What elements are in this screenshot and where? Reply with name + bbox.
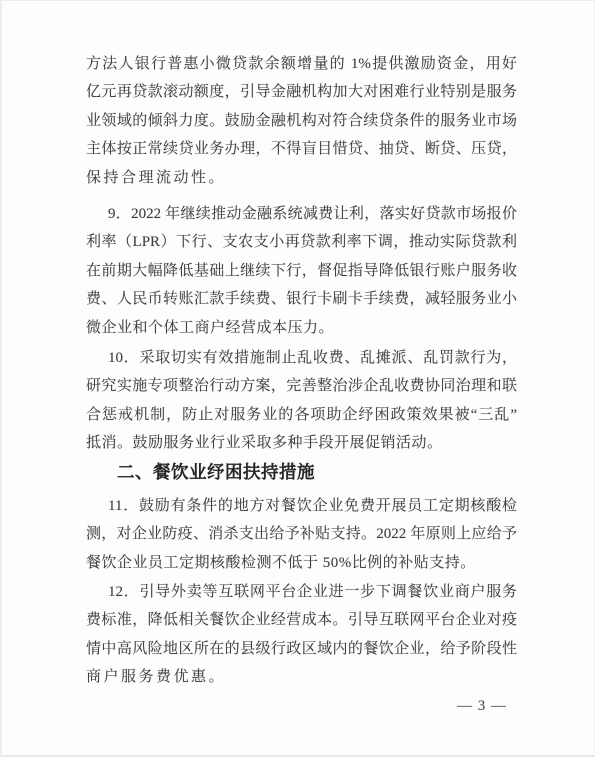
paragraph-continuation: 方法人银行普惠小微贷款余额增量的 1%提供激励资金，用好 4000 亿元再贷款滚… bbox=[86, 50, 517, 192]
text-line: 抵消。鼓励服务业行业采取多种手段开展促销活动。 bbox=[86, 429, 517, 457]
text-line: 微企业和个体工商户经营成本压力。 bbox=[86, 314, 517, 342]
paragraph-item-12: 12．引导外卖等互联网平台企业进一步下调餐饮业商户服务 费标准，降低相关餐饮企业… bbox=[86, 578, 517, 692]
text-line: 合惩戒机制，防止对服务业的各项助企纾困政策效果被“三乱” bbox=[86, 401, 517, 429]
paragraph-item-9: 9．2022 年继续推动金融系统减费让利，落实好贷款市场报价 利率（LPR）下行… bbox=[86, 200, 517, 342]
paragraph-item-11: 11．鼓励有条件的地方对餐饮企业免费开展员工定期核酸检 测，对企业防疫、消杀支出… bbox=[86, 492, 517, 577]
text-line: 12．引导外卖等互联网平台企业进一步下调餐饮业商户服务 bbox=[86, 578, 517, 606]
text-line: 10．采取切实有效措施制止乱收费、乱摊派、乱罚款行为， bbox=[86, 344, 517, 372]
text-line: 主体按正常续贷业务办理，不得盲目惜贷、抽贷、断贷、压贷， bbox=[86, 135, 517, 163]
text-line: 9．2022 年继续推动金融系统减费让利，落实好贷款市场报价 bbox=[86, 200, 517, 228]
text-line: 利率（LPR）下行、支农支小再贷款利率下调，推动实际贷款利率 bbox=[86, 228, 517, 256]
text-line: 亿元再贷款滚动额度，引导金融机构加大对困难行业特别是服务 bbox=[86, 78, 517, 106]
text-line: 11．鼓励有条件的地方对餐饮企业免费开展员工定期核酸检 bbox=[86, 492, 517, 520]
text-line: 商户服务费优惠。 bbox=[86, 663, 517, 691]
text-line: 费、人民币转账汇款手续费、银行卡刷卡手续费，减轻服务业小 bbox=[86, 285, 517, 313]
text-line: 测，对企业防疫、消杀支出给予补贴支持。2022 年原则上应给予 bbox=[86, 520, 517, 548]
text-line: 研究实施专项整治行动方案，完善整治涉企乱收费协同治理和联 bbox=[86, 372, 517, 400]
section-heading: 二、餐饮业纾困扶持措施 bbox=[86, 458, 517, 486]
document-page: 方法人银行普惠小微贷款余额增量的 1%提供激励资金，用好 4000 亿元再贷款滚… bbox=[0, 0, 595, 757]
text-line: 方法人银行普惠小微贷款余额增量的 1%提供激励资金，用好 4000 bbox=[86, 50, 517, 78]
text-line: 保持合理流动性。 bbox=[86, 164, 517, 192]
text-line: 业领域的倾斜力度。鼓励金融机构对符合续贷条件的服务业市场 bbox=[86, 107, 517, 135]
text-line: 情中高风险地区所在的县级行政区域内的餐饮企业，给予阶段性 bbox=[86, 635, 517, 663]
text-line: 费标准，降低相关餐饮企业经营成本。引导互联网平台企业对疫 bbox=[86, 606, 517, 634]
text-line: 在前期大幅降低基础上继续下行，督促指导降低银行账户服务收 bbox=[86, 257, 517, 285]
paragraph-item-10: 10．采取切实有效措施制止乱收费、乱摊派、乱罚款行为， 研究实施专项整治行动方案… bbox=[86, 344, 517, 458]
text-line: 餐饮企业员工定期核酸检测不低于 50%比例的补贴支持。 bbox=[86, 549, 517, 577]
page-number: — 3 — bbox=[86, 692, 507, 720]
